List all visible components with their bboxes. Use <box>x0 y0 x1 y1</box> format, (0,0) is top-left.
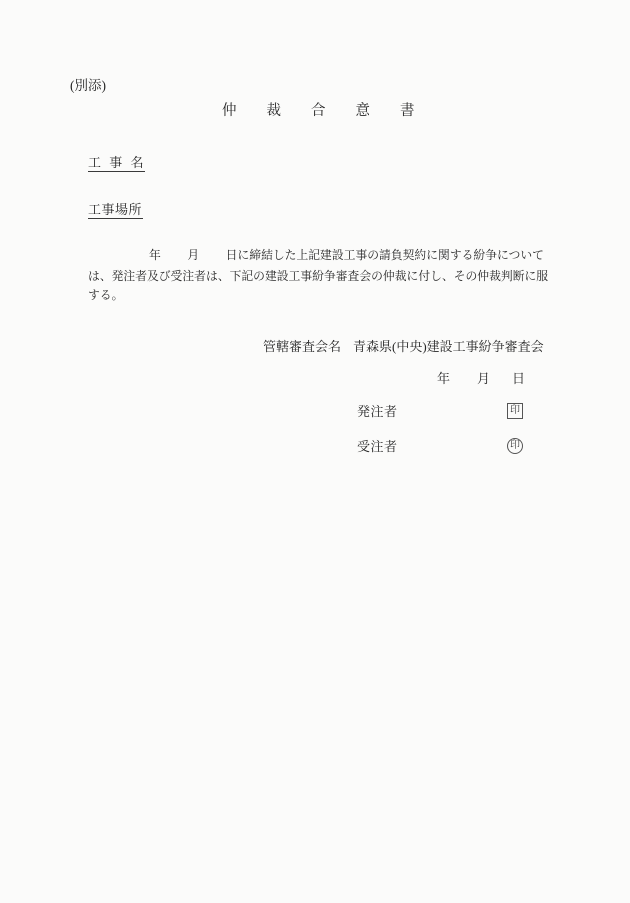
date-month-label: 月 <box>477 371 490 386</box>
document-title: 仲裁合意書 <box>222 104 445 120</box>
date-row: 年月日 <box>437 372 525 385</box>
contractor-signature-row: 受注者 印 <box>357 438 523 454</box>
owner-seal-square-icon: 印 <box>507 403 523 419</box>
date-day-label: 日 <box>512 371 525 386</box>
project-site-field-label: 工事場所 <box>88 203 143 219</box>
project-name-field-label: 工 事 名 <box>88 156 145 172</box>
date-year-label: 年 <box>437 371 450 386</box>
body-text-line-2: は、発注者及び受注者は、下記の建設工事紛争審査会の仲裁に付し、その仲裁判断に服 <box>88 270 548 284</box>
contractor-label: 受注者 <box>357 440 398 453</box>
jurisdiction-value: 青森県(中央)建設工事紛争審査会 <box>353 339 544 354</box>
body-text-line-1: 年 月 日に締結した上記建設工事の請負契約に関する紛争について <box>149 249 544 263</box>
owner-label: 発注者 <box>357 405 398 418</box>
contractor-seal-round-icon: 印 <box>507 438 523 454</box>
jurisdiction-label: 管轄審査会名 <box>263 339 341 354</box>
owner-signature-row: 発注者 印 <box>357 403 523 419</box>
body-text-line-3: する。 <box>88 289 123 303</box>
arbitration-agreement-document: (別添) 仲裁合意書 工 事 名 工事場所 年 月 日に締結した上記建設工事の請… <box>0 0 630 903</box>
jurisdiction-row: 管轄審査会名青森県(中央)建設工事紛争審査会 <box>263 340 544 354</box>
attachment-label: (別添) <box>70 79 106 94</box>
